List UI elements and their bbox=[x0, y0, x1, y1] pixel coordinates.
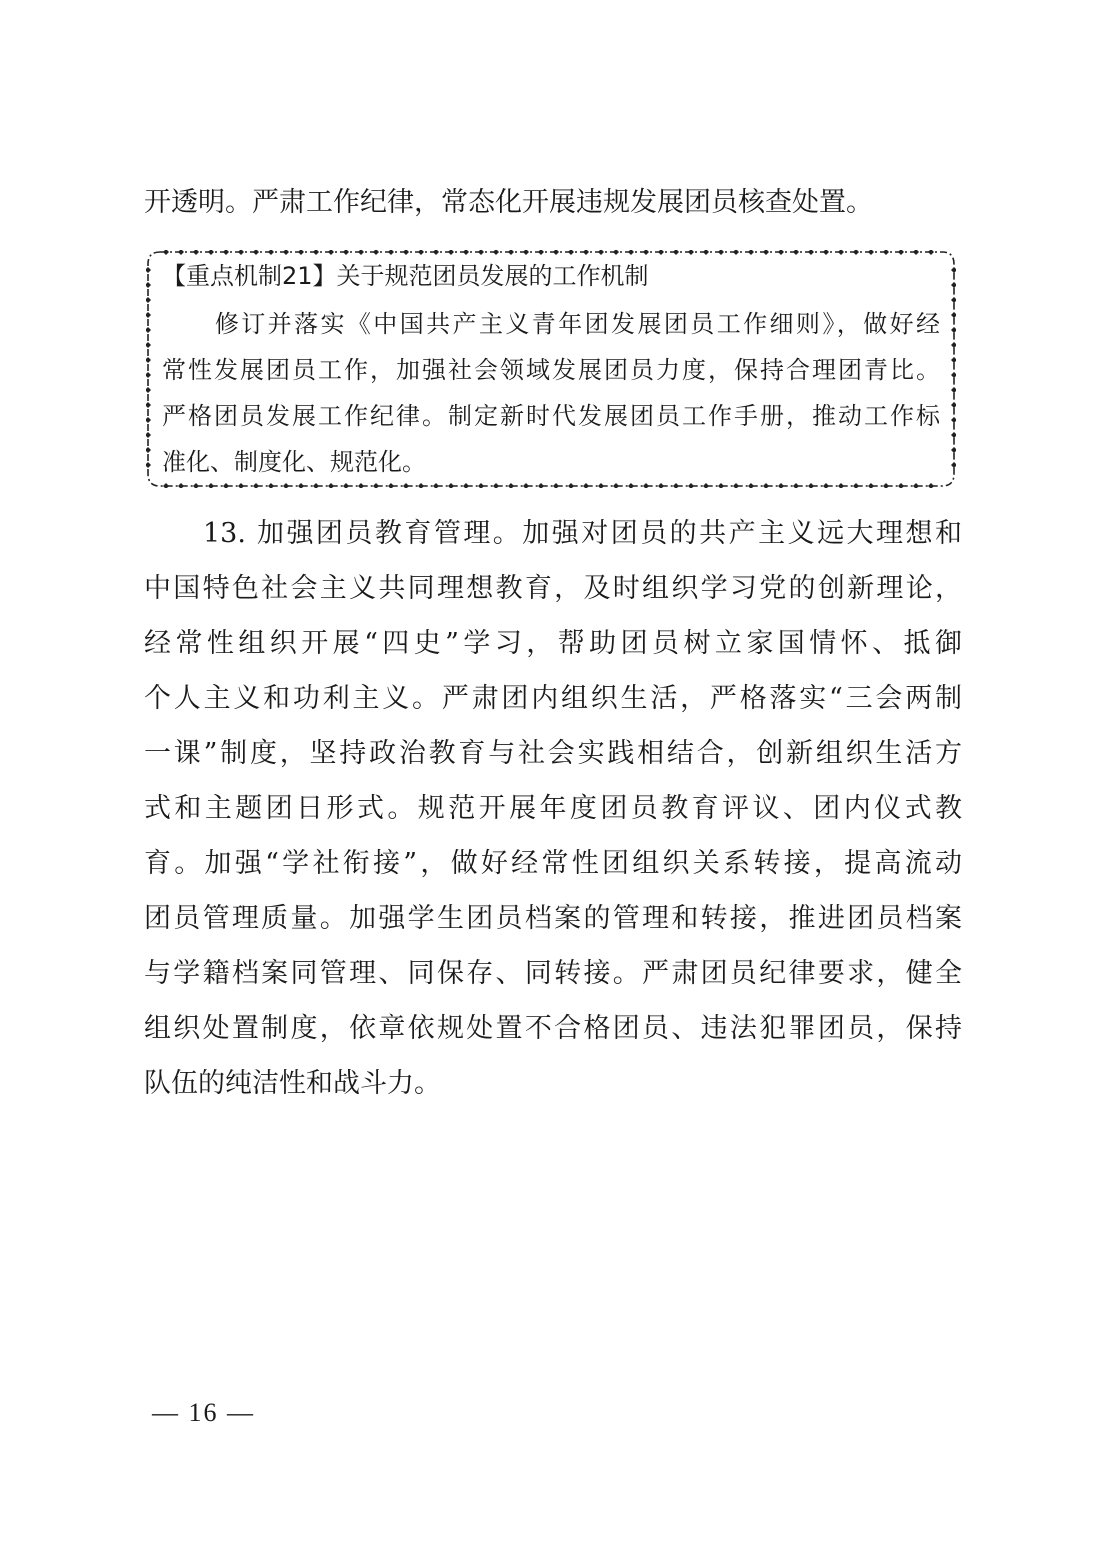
callout-line: 严格团员发展工作纪律。制定新时代发展团员工作手册，推动工作标 bbox=[162, 392, 940, 440]
body-text-line: 育。加强“学社衔接”，做好经常性团组织关系转接，提高流动 bbox=[144, 837, 962, 891]
body-text-line: 式和主题团日形式。规范开展年度团员教育评议、团内仪式教 bbox=[144, 782, 962, 836]
callout-line: 准化、制度化、规范化。 bbox=[162, 438, 940, 486]
callout-line: 常性发展团员工作，加强社会领域发展团员力度，保持合理团青比。 bbox=[162, 346, 940, 394]
intro-text-line: 开透明。严肃工作纪律，常态化开展违规发展团员核查处置。 bbox=[144, 176, 962, 230]
body-text-line: 13. 加强团员教育管理。加强对团员的共产主义远大理想和 bbox=[144, 507, 962, 561]
callout-line: 修订并落实《中国共产主义青年团发展团员工作细则》，做好经 bbox=[162, 300, 940, 348]
body-text-line: 与学籍档案同管理、同保存、同转接。严肃团员纪律要求，健全 bbox=[144, 947, 962, 1001]
callout-title: 【重点机制21】关于规范团员发展的工作机制 bbox=[162, 252, 940, 300]
body-text-line: 队伍的纯洁性和战斗力。 bbox=[144, 1057, 962, 1111]
body-text-line: 组织处置制度，依章依规处置不合格团员、违法犯罪团员，保持 bbox=[144, 1002, 962, 1056]
body-text-line: 中国特色社会主义共同理想教育，及时组织学习党的创新理论， bbox=[144, 562, 962, 616]
body-text-line: 个人主义和功利主义。严肃团内组织生活，严格落实“三会两制 bbox=[144, 672, 962, 726]
body-text-line: 团员管理质量。加强学生团员档案的管理和转接，推进团员档案 bbox=[144, 892, 962, 946]
body-text-line: 经常性组织开展“四史”学习，帮助团员树立家国情怀、抵御 bbox=[144, 617, 962, 671]
page-number: — 16 — bbox=[152, 1398, 255, 1428]
body-text-line: 一课”制度，坚持政治教育与社会实践相结合，创新组织生活方 bbox=[144, 727, 962, 781]
